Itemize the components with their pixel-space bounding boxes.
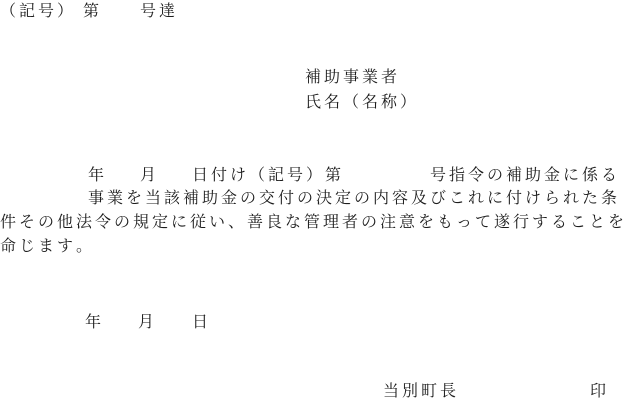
date-year-label: 年 — [85, 314, 104, 332]
body-line4-text: 命じます。 — [0, 238, 95, 256]
signature-title: 当別町長 — [383, 383, 459, 401]
doc-number-prefix: （記号） — [0, 3, 76, 21]
date-day-label: 日 — [192, 314, 211, 332]
body-month-label: 月 — [140, 167, 159, 185]
doc-number-suffix: 号達 — [140, 3, 178, 21]
body-year-label: 年 — [88, 167, 107, 185]
addressee-recipient: 補助事業者 — [305, 69, 400, 87]
body-line3-text: 件その他法令の規定に従い、善良な管理者の注意をもって遂行することを — [0, 214, 625, 232]
addressee-name-label: 氏名（名称） — [305, 94, 419, 112]
document-page: （記号） 第 号達 補助事業者 氏名（名称） 年 月 日付け（記号）第 号指令の… — [0, 0, 625, 405]
date-month-label: 月 — [138, 314, 157, 332]
body-line2-text: 事業を当該補助金の交付の決定の内容及びこれに付けられた条 — [88, 190, 620, 208]
body-directive-text: 号指令の補助金に係る — [430, 167, 620, 185]
signature-seal-mark: 印 — [590, 383, 609, 401]
body-date-symbol-text: 日付け（記号）第 — [192, 167, 344, 185]
doc-number-no-label: 第 — [83, 3, 102, 21]
